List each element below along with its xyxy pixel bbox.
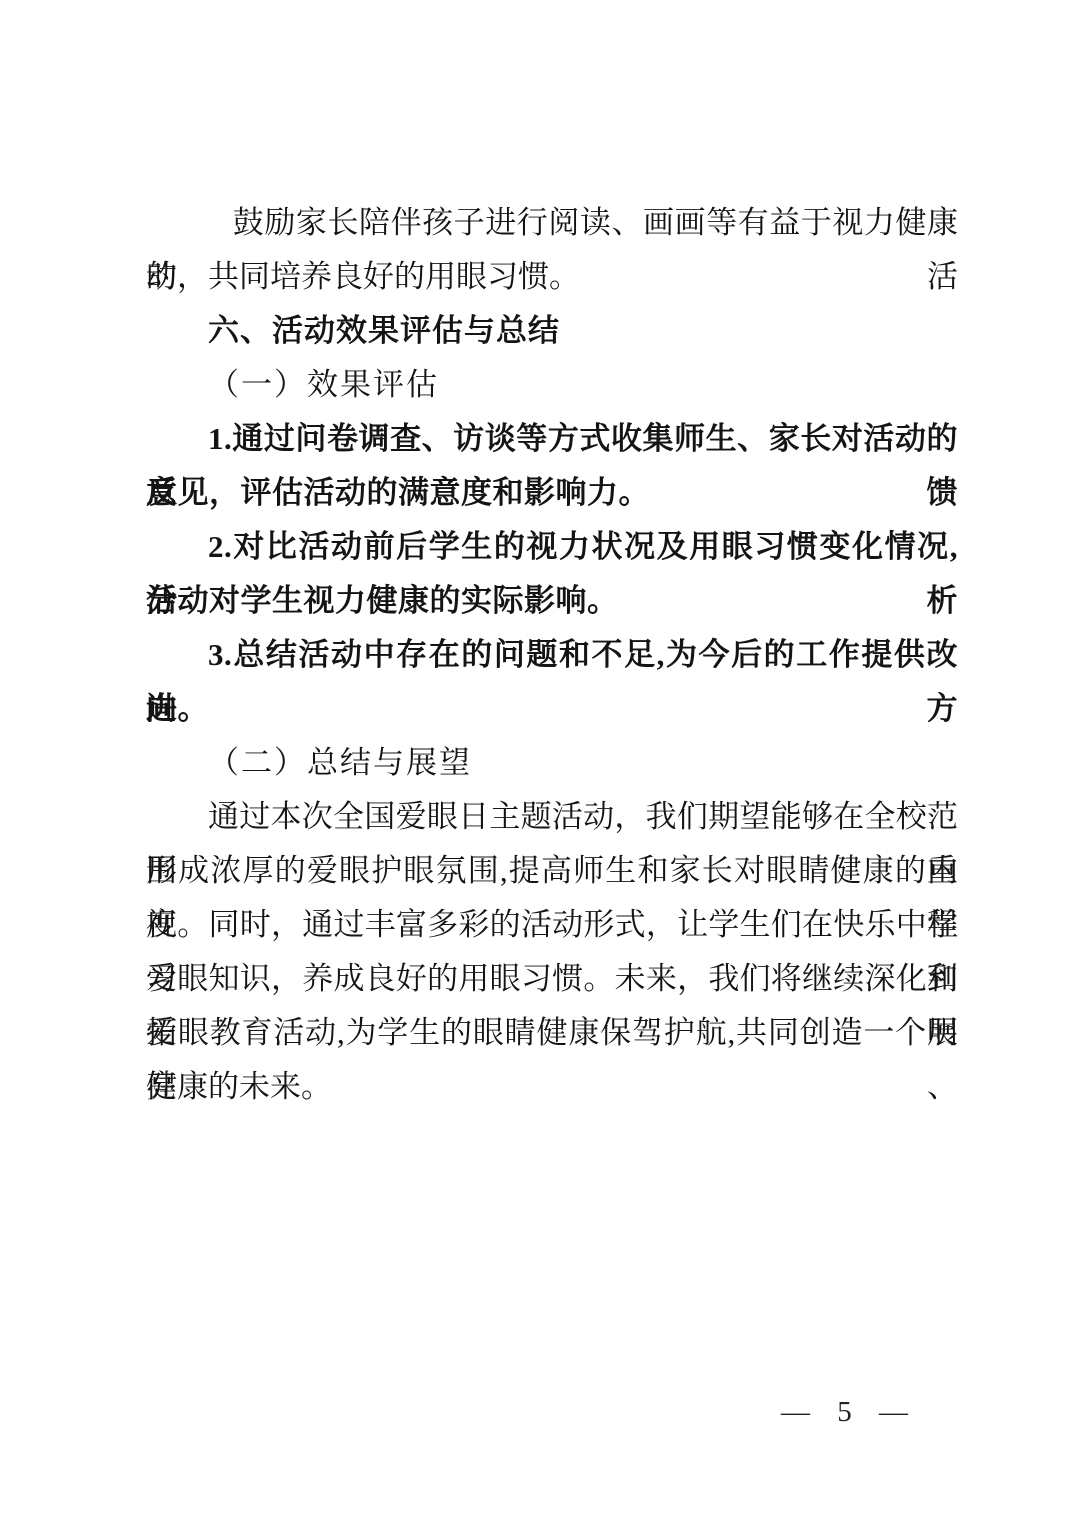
numbered-item-line: 3.总结活动中存在的问题和不足,为今后的工作提供改进方 <box>146 628 958 682</box>
body-line: 鼓励家长陪伴孩子进行阅读、画画等有益于视力健康的活 <box>146 196 958 250</box>
body-line: 通过本次全国爱眼日主题活动，我们期望能够在全校范围内 <box>146 790 958 844</box>
document-page: 鼓励家长陪伴孩子进行阅读、画画等有益于视力健康的活 动，共同培养良好的用眼习惯。… <box>0 0 1080 1527</box>
subsection-heading: （一）效果评估 <box>146 358 958 412</box>
page-number: — 5 — <box>781 1396 910 1429</box>
body-line: 爱眼知识，养成良好的用眼习惯。未来，我们将继续深化和拓展 <box>146 952 958 1006</box>
body-line: 爱眼教育活动,为学生的眼睛健康保驾护航,共同创造一个明亮、 <box>146 1006 958 1060</box>
body-line: 度。同时，通过丰富多彩的活动形式，让学生们在快乐中学习到 <box>146 898 958 952</box>
numbered-item-line: 1.通过问卷调查、访谈等方式收集师生、家长对活动的反馈 <box>146 412 958 466</box>
numbered-item-line: 2.对比活动前后学生的视力状况及用眼习惯变化情况,分析 <box>146 520 958 574</box>
document-content: 鼓励家长陪伴孩子进行阅读、画画等有益于视力健康的活 动，共同培养良好的用眼习惯。… <box>146 196 958 1114</box>
body-line: 形成浓厚的爱眼护眼氛围,提高师生和家长对眼睛健康的重视程 <box>146 844 958 898</box>
section-heading: 六、活动效果评估与总结 <box>146 304 958 358</box>
subsection-heading: （二）总结与展望 <box>146 736 958 790</box>
